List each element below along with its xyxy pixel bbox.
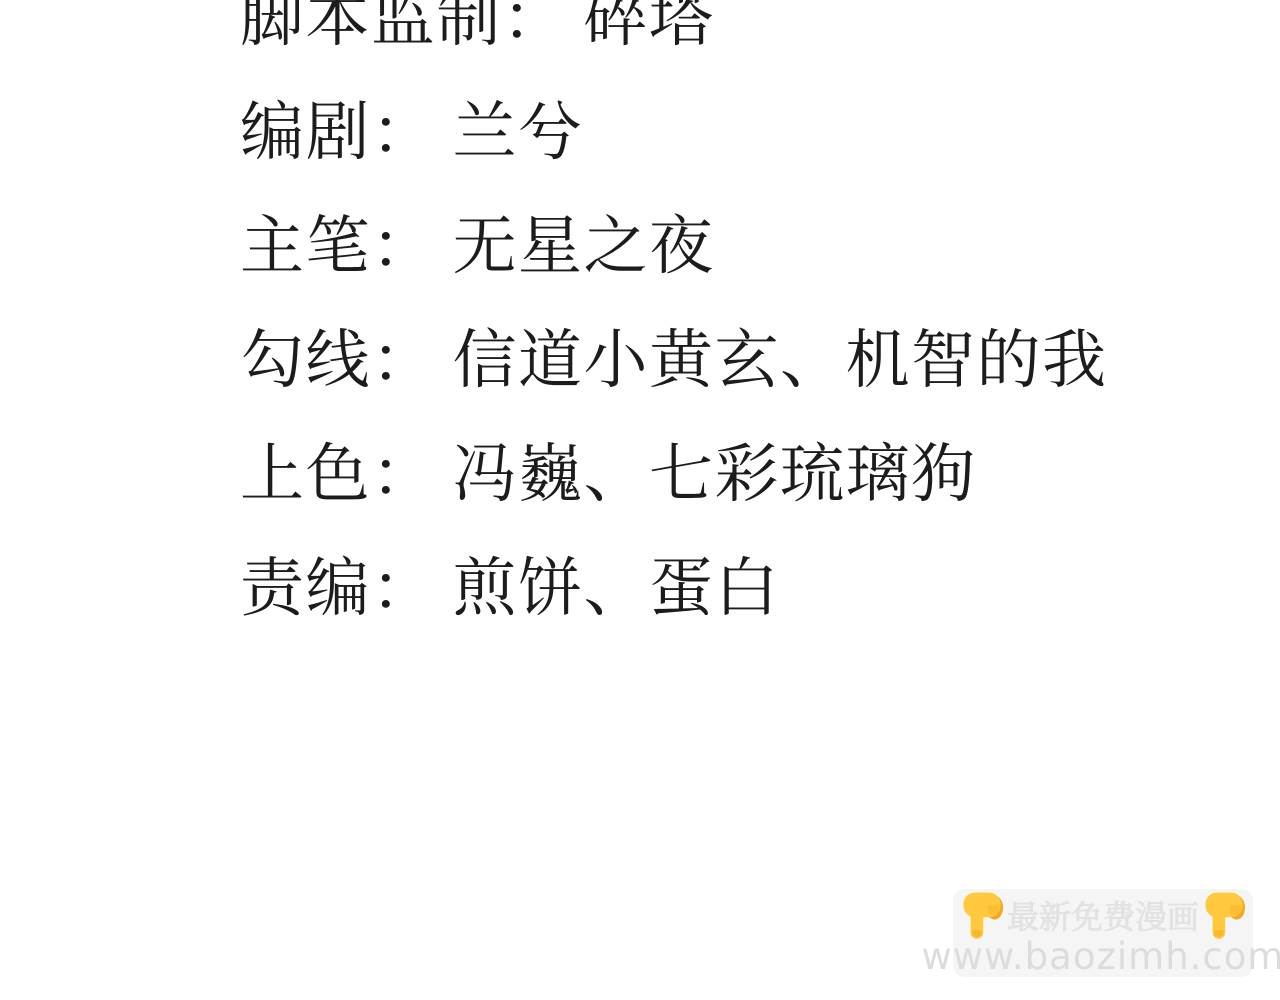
site-watermark: 最新免费漫画 www.baozimh.com: [953, 889, 1253, 977]
credit-separator: ：: [371, 324, 437, 398]
credit-names: 兰兮: [453, 96, 584, 170]
credit-separator: ：: [371, 96, 437, 170]
credit-names: 信道小黄玄、机智的我: [453, 324, 1108, 398]
credit-line-editor: 责编：煎饼、蛋白: [240, 532, 1108, 646]
credit-line-screenwriter: 编剧：兰兮: [240, 76, 1108, 190]
credit-line-line-art: 勾线：信道小黄玄、机智的我: [240, 304, 1108, 418]
watermark-url: www.baozimh.com: [922, 938, 1280, 975]
credit-separator: ：: [371, 438, 437, 512]
credit-line-script-supervisor: 脚本监制：碎塔: [240, 0, 1108, 76]
credit-names: 煎饼、蛋白: [453, 552, 781, 626]
credit-line-lead-artist: 主笔：无星之夜: [240, 190, 1108, 304]
credit-separator: ：: [502, 0, 568, 56]
credit-separator: ：: [371, 210, 437, 284]
credit-role: 勾线: [240, 324, 371, 398]
credit-names: 碎塔: [584, 0, 715, 56]
credit-line-coloring: 上色：冯巍、七彩琉璃狗: [240, 418, 1108, 532]
watermark-promo-row: 最新免费漫画: [960, 894, 1246, 940]
credit-separator: ：: [371, 552, 437, 626]
credits-block: 脚本监制：碎塔 编剧：兰兮 主笔：无星之夜 勾线：信道小黄玄、机智的我 上色：冯…: [240, 0, 1108, 646]
credit-role: 上色: [240, 438, 371, 512]
credit-names: 冯巍、七彩琉璃狗: [453, 438, 977, 512]
watermark-promo-text: 最新免费漫画: [1007, 901, 1199, 933]
credit-role: 脚本监制: [240, 0, 502, 56]
pointing-down-icon: [960, 892, 1004, 940]
credit-names: 无星之夜: [453, 210, 715, 284]
credit-role: 责编: [240, 552, 371, 626]
credit-role: 主笔: [240, 210, 371, 284]
comic-credits-page: 脚本监制：碎塔 编剧：兰兮 主笔：无星之夜 勾线：信道小黄玄、机智的我 上色：冯…: [0, 0, 1280, 1000]
pointing-down-icon: [1202, 892, 1246, 940]
credit-role: 编剧: [240, 96, 371, 170]
